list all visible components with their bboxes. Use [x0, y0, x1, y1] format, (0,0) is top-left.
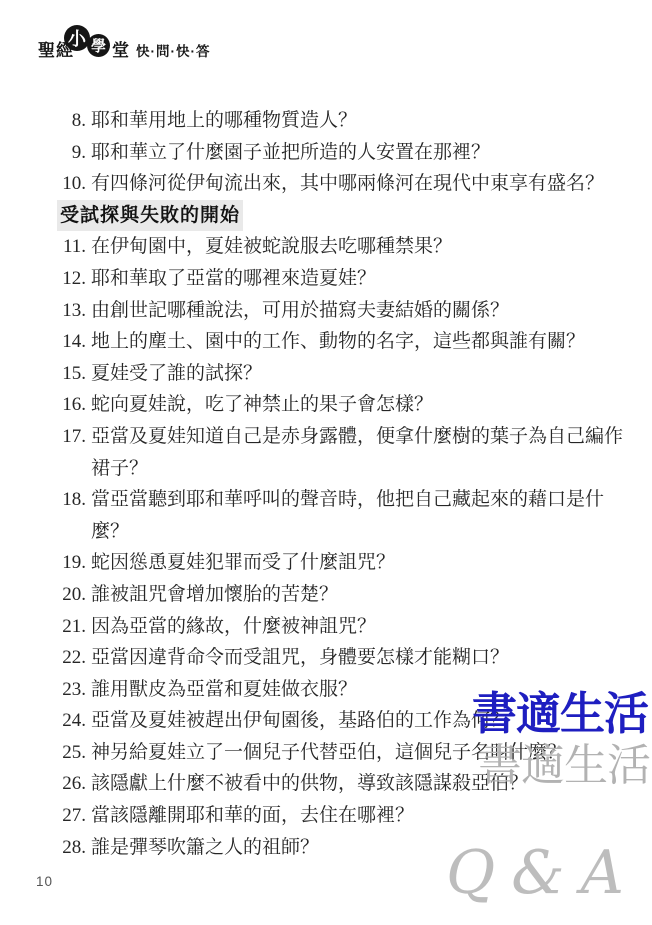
question-number: 8. [48, 105, 86, 137]
question-number: 11. [48, 231, 86, 263]
question-text: 由創世記哪種說法，可用於描寫夫妻結婚的關係？ [91, 295, 625, 327]
question-number: 20. [48, 579, 86, 611]
section-heading-row: 受試探與失敗的開始 [48, 200, 634, 232]
question-number: 19. [48, 547, 86, 579]
question-row: 20. 誰被詛咒會增加懷胎的苦楚？ [48, 579, 634, 611]
question-text: 蛇因慫恿夏娃犯罪而受了什麼詛咒？ [91, 547, 625, 579]
logo-circle-char-2: 學 [91, 35, 106, 56]
question-number: 13. [48, 295, 86, 327]
section-heading: 受試探與失敗的開始 [57, 200, 243, 232]
question-row: 22. 亞當因違背命令而受詛咒，身體要怎樣才能糊口？ [48, 642, 634, 674]
question-row: 10. 有四條河從伊甸流出來，其中哪兩條河在現代中東享有盛名？ [48, 168, 634, 200]
question-text: 夏娃受了誰的試探？ [91, 358, 625, 390]
logo-circle-icon: 學 [87, 34, 110, 57]
question-row: 12. 耶和華取了亞當的哪裡來造夏娃？ [48, 263, 634, 295]
question-text: 耶和華取了亞當的哪裡來造夏娃？ [91, 263, 625, 295]
question-row: 19. 蛇因慫恿夏娃犯罪而受了什麼詛咒？ [48, 547, 634, 579]
question-row: 15. 夏娃受了誰的試探？ [48, 358, 634, 390]
page-number: 10 [36, 874, 53, 889]
question-text: 當該隱離開耶和華的面，去住在哪裡？ [91, 800, 625, 832]
question-row: 21. 因為亞當的緣故，什麼被神詛咒？ [48, 611, 634, 643]
question-number: 27. [48, 800, 86, 832]
question-row: 27. 當該隱離開耶和華的面，去住在哪裡？ [48, 800, 634, 832]
question-number: 16. [48, 389, 86, 421]
question-number: 21. [48, 611, 86, 643]
qa-corner-mark: Q&A [446, 838, 640, 908]
question-text: 亞當及夏娃知道自己是赤身露體，便拿什麼樹的葉子為自己編作裙子？ [91, 421, 625, 484]
question-row: 9. 耶和華立了什麼園子並把所造的人安置在那裡？ [48, 137, 634, 169]
question-number: 24. [48, 705, 86, 737]
question-text: 蛇向夏娃說，吃了神禁止的果子會怎樣？ [91, 389, 625, 421]
question-text: 有四條河從伊甸流出來，其中哪兩條河在現代中東享有盛名？ [91, 168, 625, 200]
question-number: 25. [48, 737, 86, 769]
question-text: 在伊甸園中，夏娃被蛇說服去吃哪種禁果？ [91, 231, 625, 263]
question-number: 12. [48, 263, 86, 295]
logo-circle-char-1: 小 [68, 25, 86, 51]
question-text: 誰被詛咒會增加懷胎的苦楚？ [91, 579, 625, 611]
question-row: 17. 亞當及夏娃知道自己是赤身露體，便拿什麼樹的葉子為自己編作裙子？ [48, 421, 634, 484]
question-number: 17. [48, 421, 86, 453]
question-text: 地上的塵土、園中的工作、動物的名字，這些都與誰有關？ [91, 326, 625, 358]
watermark-blue: 書適生活 [472, 692, 648, 737]
question-text: 亞當因違背命令而受詛咒，身體要怎樣才能糊口？ [91, 642, 625, 674]
question-number: 14. [48, 326, 86, 358]
question-number: 9. [48, 137, 86, 169]
question-row: 8. 耶和華用地上的哪種物質造人？ [48, 105, 634, 137]
question-text: 當亞當聽到耶和華呼叫的聲音時，他把自己藏起來的藉口是什麼？ [91, 484, 625, 547]
question-number: 26. [48, 768, 86, 800]
question-number: 23. [48, 674, 86, 706]
question-row: 14. 地上的塵土、園中的工作、動物的名字，這些都與誰有關？ [48, 326, 634, 358]
logo-tagline: 快·問·快·答 [136, 40, 211, 60]
question-text: 耶和華用地上的哪種物質造人？ [91, 105, 625, 137]
question-number: 18. [48, 484, 86, 516]
book-logo: 聖經 小 學 堂 快·問·快·答 [38, 24, 298, 64]
question-row: 11. 在伊甸園中，夏娃被蛇說服去吃哪種禁果？ [48, 231, 634, 263]
question-text: 因為亞當的緣故，什麼被神詛咒？ [91, 611, 625, 643]
question-number: 10. [48, 168, 86, 200]
question-row: 16. 蛇向夏娃說，吃了神禁止的果子會怎樣？ [48, 389, 634, 421]
question-text: 耶和華立了什麼園子並把所造的人安置在那裡？ [91, 137, 625, 169]
question-row: 18. 當亞當聽到耶和華呼叫的聲音時，他把自己藏起來的藉口是什麼？ [48, 484, 634, 547]
question-row: 13. 由創世記哪種說法，可用於描寫夫妻結婚的關係？ [48, 295, 634, 327]
watermark-gray: 書適生活 [478, 744, 650, 788]
question-number: 28. [48, 832, 86, 864]
logo-text-suffix: 堂 [112, 36, 130, 61]
logo-circle-icon: 小 [64, 25, 90, 51]
question-number: 22. [48, 642, 86, 674]
question-number: 15. [48, 358, 86, 390]
